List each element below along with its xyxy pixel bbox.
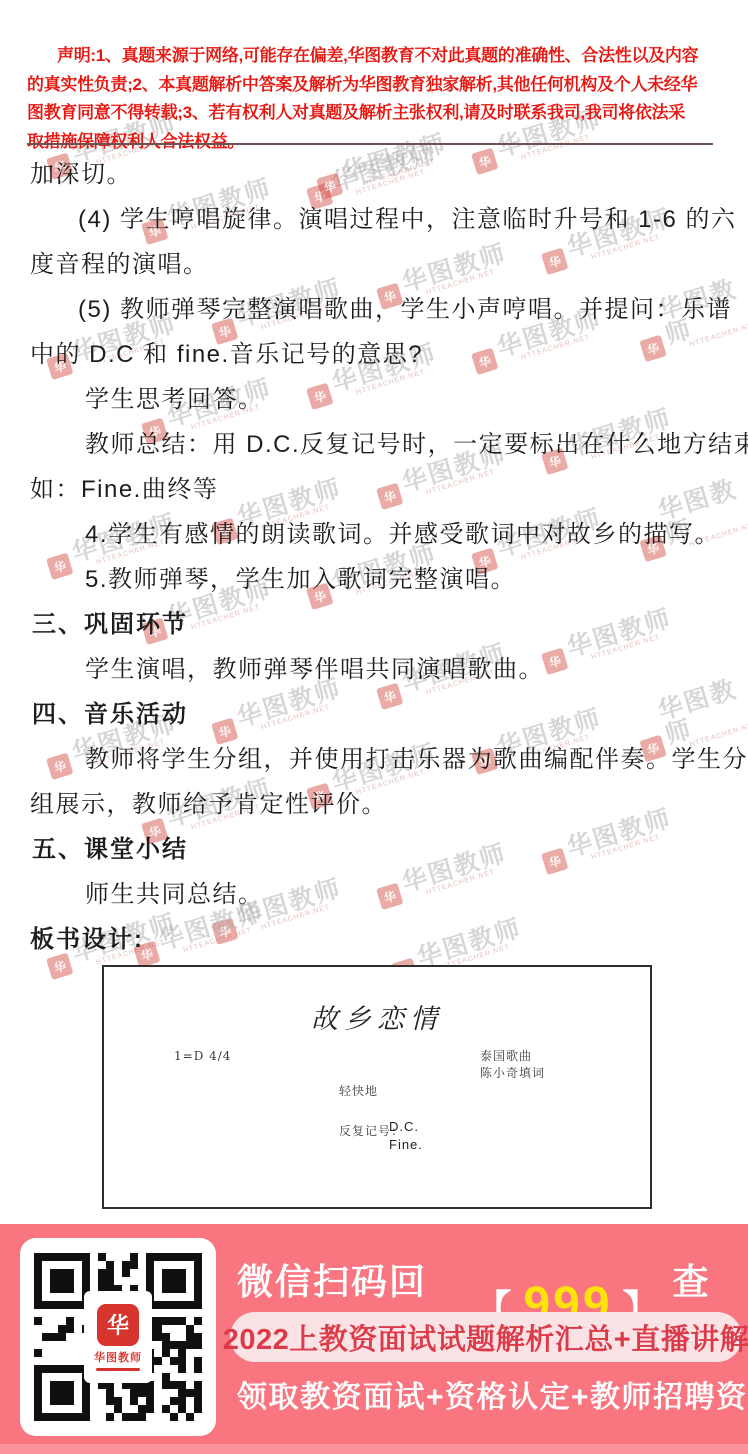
qr-module [194,1365,202,1373]
qr-module [186,1389,194,1397]
qr-module [170,1317,178,1325]
body-line: 师生共同总结。 [30,872,720,917]
body-line: 5.教师弹琴，学生加入歌词完整演唱。 [30,557,720,602]
qr-module [34,1349,42,1357]
qr-finder-pattern [34,1253,90,1309]
qr-module [154,1317,162,1325]
qr-module [114,1405,122,1413]
qr-brand-underline [96,1368,140,1371]
qr-module [186,1325,194,1333]
qr-module [162,1341,170,1349]
qr-module [178,1405,186,1413]
qr-module [106,1397,114,1405]
qr-module [106,1413,114,1421]
qr-module [170,1341,178,1349]
disclaimer: 声明:1、真题来源于网络,可能存在偏差,华图教育不对此真题的准确性、合法性以及内… [27,42,721,156]
body-line: 学生演唱，教师弹琴伴唱共同演唱歌曲。 [30,647,720,692]
qr-module [194,1397,202,1405]
qr-module [194,1405,202,1413]
qr-module [146,1389,154,1397]
qr-module [122,1261,130,1269]
body-line: 学生思考回答。 [30,377,720,422]
qr-module [186,1341,194,1349]
qr-module [106,1389,114,1397]
qr-module [138,1413,146,1421]
qr-module [122,1413,130,1421]
qr-module [114,1397,122,1405]
body-line: 4.学生有感情的朗读歌词。并感受歌词中对故乡的描写。 [30,512,720,557]
qr-module [42,1333,50,1341]
qr-module [194,1317,202,1325]
qr-module [186,1333,194,1341]
huatu-logo-icon: 华 [97,1304,139,1346]
disclaimer-line: 的真实性负责;2、本真题解析中答案及解析为华图教育独家解析,其他任何机构及个人未… [27,71,721,100]
lesson-body: 加深切。(4) 学生哼唱旋律。演唱过程中，注意临时升号和 1-6 的六度音程的演… [30,152,720,962]
disclaimer-line: 图教育同意不得转载;3、若有权利人对真题及解析主张权利,请及时联系我司,我司将依… [27,99,721,128]
qr-module [130,1253,138,1261]
qr-module [162,1333,170,1341]
qr-module [186,1413,194,1421]
qr-brand-text: 华图教师 [94,1349,142,1365]
qr-module [194,1333,202,1341]
song-title: 故乡恋情 [104,997,650,1036]
qr-module [162,1373,170,1381]
repeat-mark-fine: Fine. [389,1137,423,1152]
qr-module [138,1405,146,1413]
qr-module [58,1333,66,1341]
qr-module [162,1381,170,1389]
body-line: 如：Fine.曲终等 [30,467,720,512]
qr-module [162,1405,170,1413]
disclaimer-divider [27,143,713,145]
promo-banner: 华 华图教师 微信扫码回复 【 999 】 查看 2022上教资面试试题解析汇总… [0,1224,748,1454]
pill-text: 2022上教资面试试题解析汇总+直播讲解 [223,1317,748,1358]
qr-module [130,1261,138,1269]
qr-module [146,1405,154,1413]
qr-module [106,1269,114,1277]
body-line: 加深切。 [30,152,720,197]
song-lyricist: 陈小奇填词 [480,1064,545,1081]
qr-module [178,1381,186,1389]
qr-module [106,1277,114,1285]
body-line: 度音程的演唱。 [30,242,720,287]
qr-module [154,1333,162,1341]
qr-module [66,1325,74,1333]
qr-module [178,1341,186,1349]
section-heading: 板书设计: [30,917,720,962]
qr-module [98,1269,106,1277]
qr-module [178,1397,186,1405]
qr-module [194,1381,202,1389]
disclaimer-line: 声明:1、真题来源于网络,可能存在偏差,华图教育不对此真题的准确性、合法性以及内… [27,42,721,71]
qr-module [194,1341,202,1349]
body-line: (4) 学生哼唱旋律。演唱过程中，注意临时升号和 1-6 的六 [30,197,720,242]
qr-module [122,1269,130,1277]
qr-module [170,1357,178,1365]
song-origin: 泰国歌曲 [480,1047,532,1064]
qr-module [106,1261,114,1269]
body-line: 组展示，教师给予肯定性评价。 [30,782,720,827]
board-design-box: 故乡恋情 1=D 4/4 泰国歌曲 陈小奇填词 轻快地 反复记号： D.C. F… [102,965,652,1209]
qr-module [130,1413,138,1421]
qr-module [130,1397,138,1405]
qr-module [130,1389,138,1397]
qr-module [154,1357,162,1365]
section-heading: 四、音乐活动 [30,692,720,737]
banner-bottom-line: 领取教资面试+资格认定+教师招聘资料 [237,1372,748,1416]
qr-finder-pattern [34,1365,90,1421]
tempo-marking: 轻快地 [339,1082,378,1099]
document-page: 华华图教师HTTEACHER.NET华华图教师HTTEACHER.NET华华图教… [0,0,748,1454]
body-line: (5) 教师弹琴完整演唱歌曲，学生小声哼唱。并提问：乐谱 [30,287,720,332]
qr-module [170,1381,178,1389]
qr-module [154,1325,162,1333]
qr-module [194,1357,202,1365]
qr-finder-pattern [146,1253,202,1309]
qr-module [178,1389,186,1397]
qr-module [98,1253,106,1261]
banner-bottom-strip [0,1444,748,1454]
qr-module [194,1389,202,1397]
qr-code[interactable]: 华 华图教师 [20,1238,216,1436]
qr-module [66,1317,74,1325]
section-heading: 五、课堂小结 [30,827,720,872]
banner-pill: 2022上教资面试试题解析汇总+直播讲解 [230,1312,742,1362]
repeat-mark-dc: D.C. [389,1119,419,1134]
qr-module [170,1413,178,1421]
key-signature: 1=D 4/4 [174,1049,231,1063]
qr-module [162,1349,170,1357]
body-line: 中的 D.C 和 fine.音乐记号的意思? [30,332,720,377]
qr-module [178,1317,186,1325]
qr-module [58,1325,66,1333]
qr-module [146,1397,154,1405]
qr-module [98,1277,106,1285]
qr-center-logo: 华 华图教师 [84,1291,152,1383]
qr-module [170,1397,178,1405]
body-line: 教师总结：用 D.C.反复记号时，一定要标出在什么地方结束。 [30,422,720,467]
qr-module [178,1365,186,1373]
disclaimer-label: 声明: [57,46,96,65]
qr-module [178,1349,186,1357]
body-line: 教师将学生分组，并使用打击乐器为歌曲编配伴奏。学生分 [30,737,720,782]
section-heading: 三、巩固环节 [30,602,720,647]
qr-module [138,1389,146,1397]
qr-module [178,1357,186,1365]
qr-module [34,1317,42,1325]
qr-module [162,1317,170,1325]
qr-module [50,1333,58,1341]
